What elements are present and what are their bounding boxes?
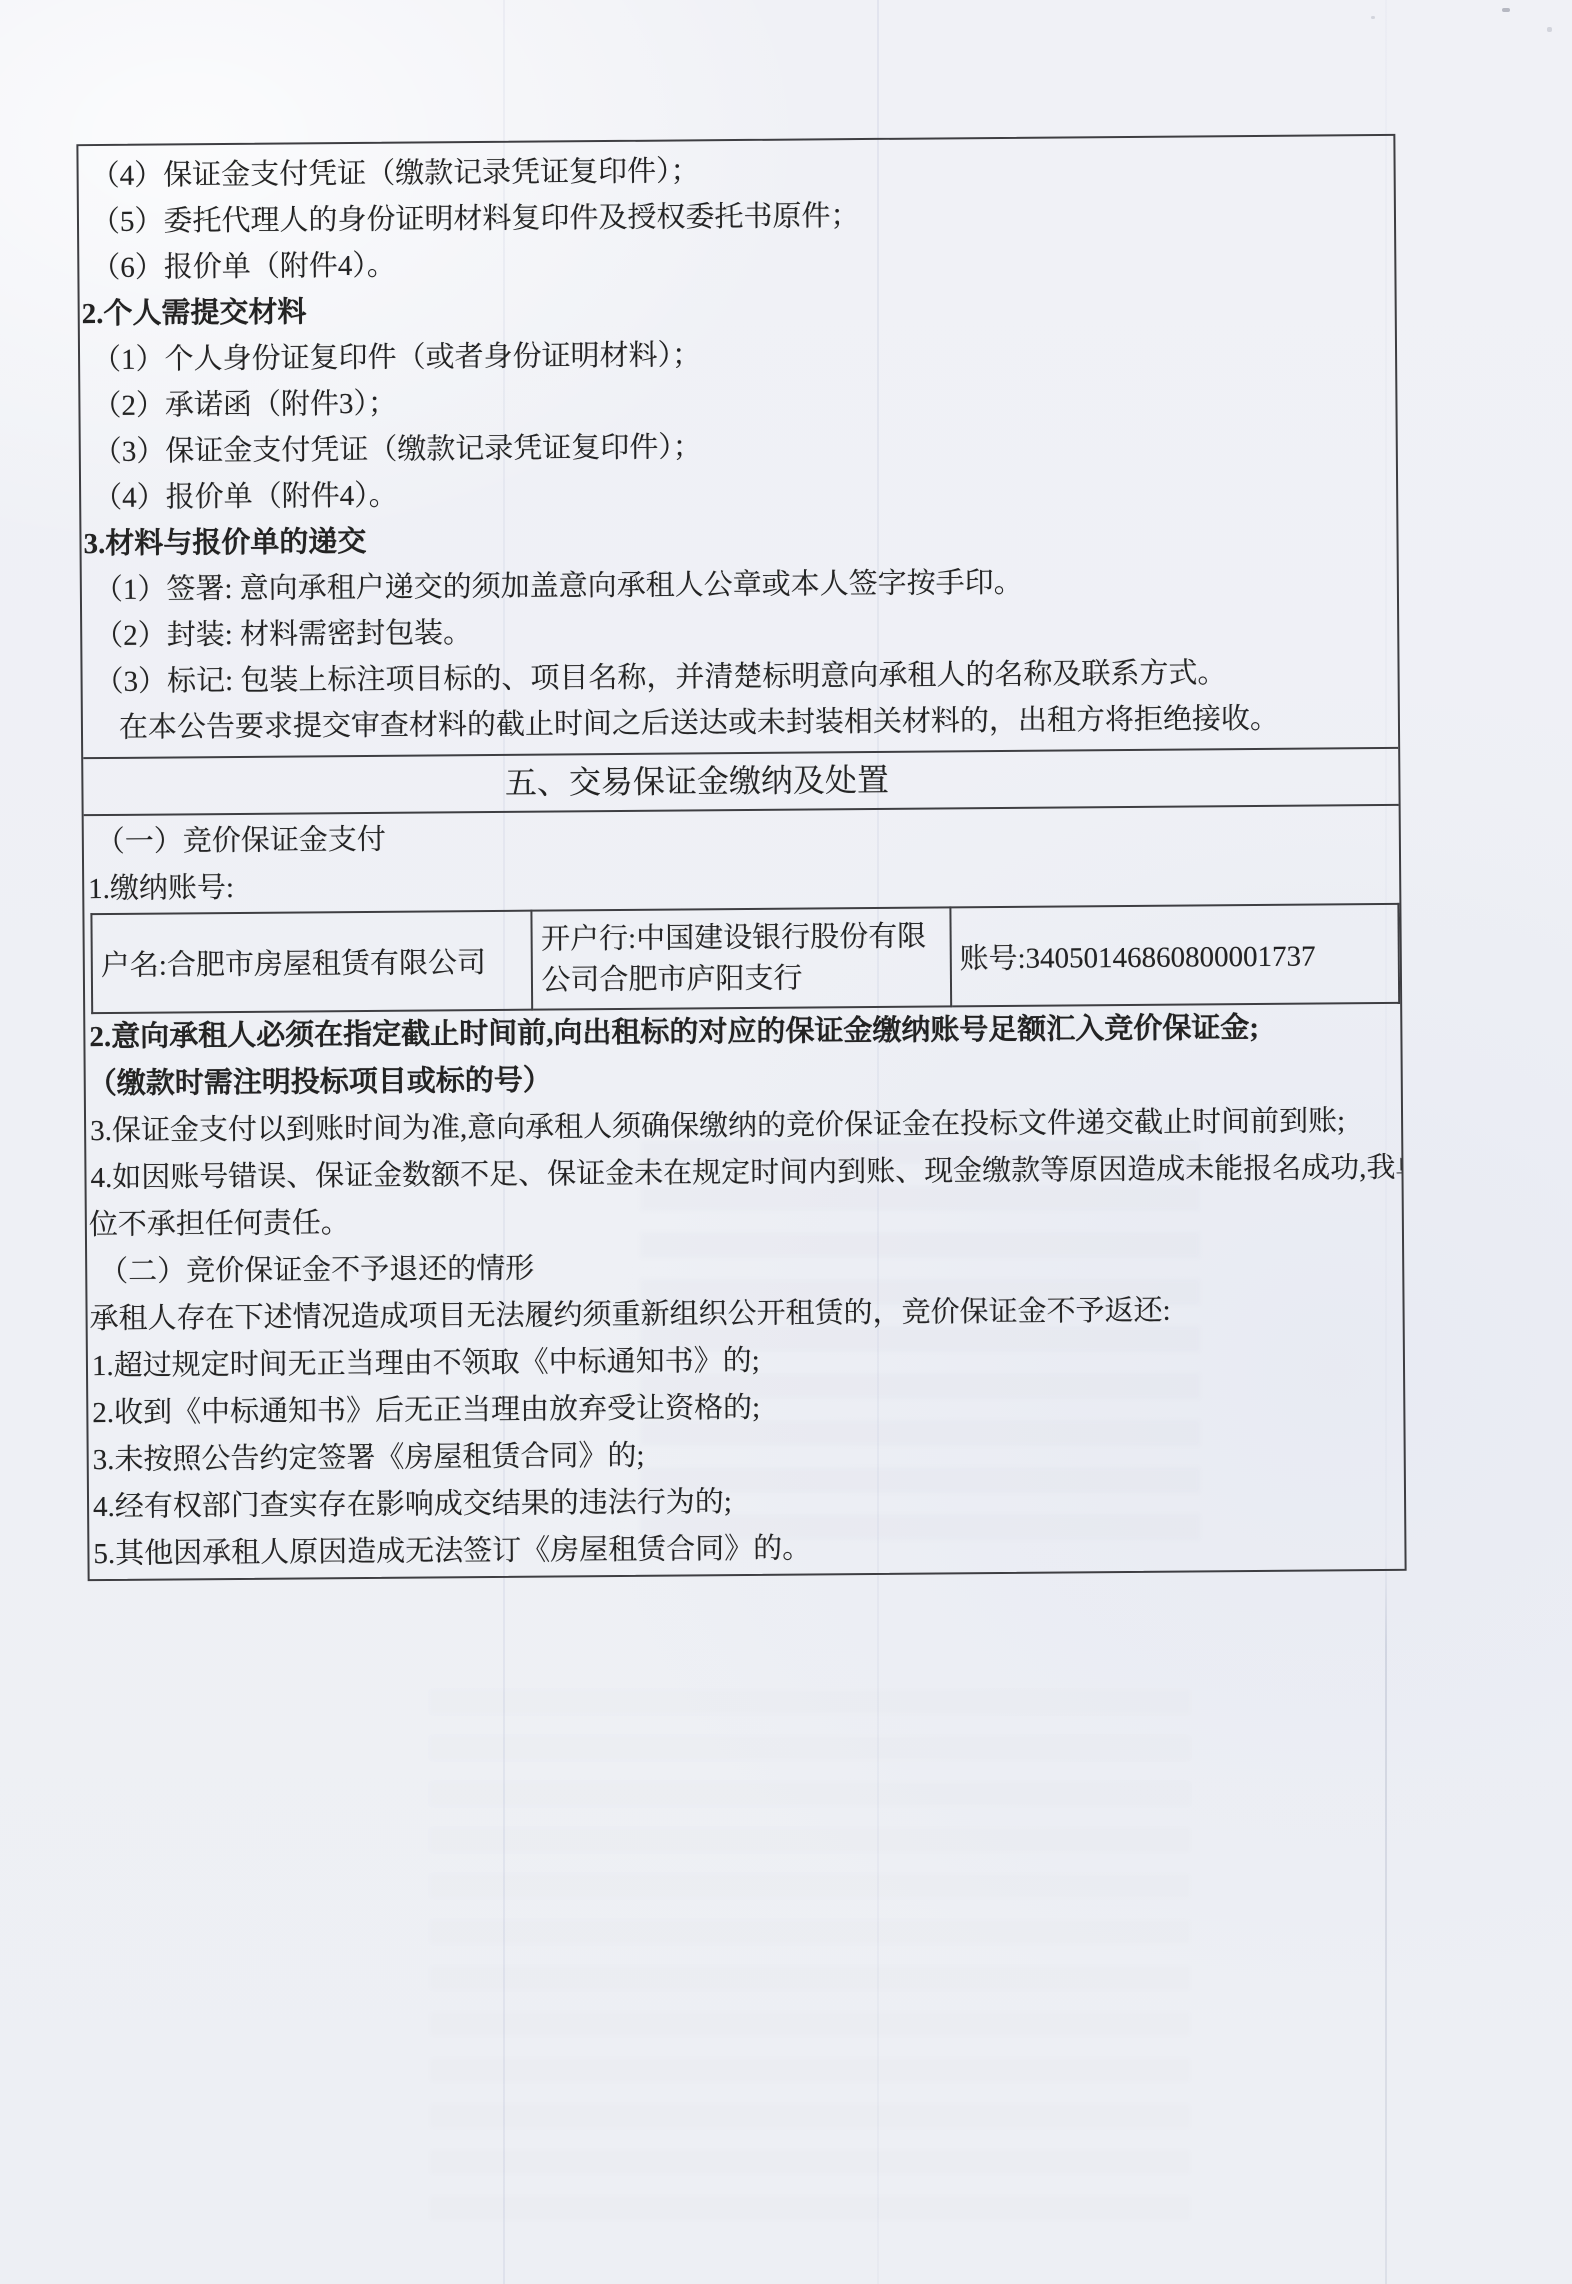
table-row: 户名:合肥市房屋租赁有限公司 开户行:中国建设银行股份有限公司合肥市庐阳支行 账… xyxy=(91,904,1399,1013)
section-header-row: 五、交易保证金缴纳及处置 xyxy=(83,747,1398,816)
document-frame: （4）保证金支付凭证（缴款记录凭证复印件）； （5）委托代理人的身份证明材料复印… xyxy=(76,134,1406,1581)
scanned-page: （4）保证金支付凭证（缴款记录凭证复印件）； （5）委托代理人的身份证明材料复印… xyxy=(0,0,1572,2284)
account-number-cell: 账号:34050146860800001737 xyxy=(950,904,1399,1007)
payment-account-table: 户名:合肥市房屋租赁有限公司 开户行:中国建设银行股份有限公司合肥市庐阳支行 账… xyxy=(90,903,1400,1014)
account-holder-cell: 户名:合肥市房屋租赁有限公司 xyxy=(91,911,532,1013)
bleed-through-ghost xyxy=(430,1680,1190,2220)
bank-cell: 开户行:中国建设银行股份有限公司合肥市庐阳支行 xyxy=(532,907,951,1009)
deposit-section: （一）竞价保证金支付 1.缴纳账号: 户名:合肥市房屋租赁有限公司 开户行:中国… xyxy=(84,806,1405,1578)
list-item: 5.其他因承租人原因造成无法签订《房屋租赁合同》的。 xyxy=(89,1521,1404,1578)
scan-speck xyxy=(1502,8,1510,12)
scan-speck xyxy=(1547,27,1552,32)
scan-speck xyxy=(1371,16,1375,19)
section-title: 五、交易保证金缴纳及处置 xyxy=(505,762,889,801)
note-line: 在本公告要求提交审查材料的截止时间之后送达或未封装相关材料的，出租方将拒绝接收。 xyxy=(83,695,1398,751)
materials-section: （4）保证金支付凭证（缴款记录凭证复印件）； （5）委托代理人的身份证明材料复印… xyxy=(78,136,1398,751)
